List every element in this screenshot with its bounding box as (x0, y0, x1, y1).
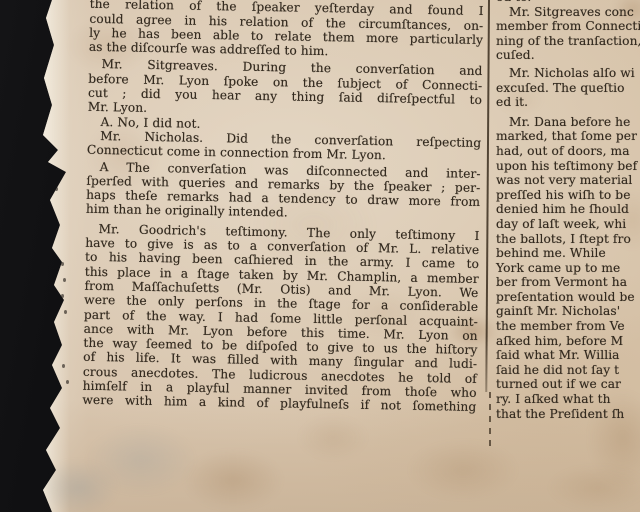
text-line: behind me. While (496, 246, 640, 261)
text-line: preſſed his wiſh to be (496, 188, 640, 203)
text-line: marked, that ſome per (496, 129, 640, 144)
text-line: ry. I aſked what th (496, 392, 640, 407)
binding-hole (62, 364, 65, 368)
binding-hole (63, 278, 66, 282)
stain (298, 415, 368, 460)
text-line: ed it. (496, 95, 640, 110)
text-line: the ballots, I ſtept fro (496, 232, 640, 247)
left-text-column: beginning of thethe relation of the ſpea… (82, 0, 484, 415)
text-line: was not very material (496, 173, 640, 188)
text-line: Mr. Sitgreaves conc (496, 5, 640, 20)
binding-hole (66, 380, 69, 384)
binding-hole (64, 310, 67, 314)
text-line: the member from Ve (496, 319, 640, 334)
text-line: ſaid what Mr. Willia (496, 348, 640, 363)
text-line: ning of the tranſaction, (496, 34, 640, 49)
stain (408, 440, 518, 500)
text-line: turned out if we car (496, 377, 640, 392)
text-line: ſaid he did not ſay t (496, 363, 640, 378)
text-line: aſked him, before M (496, 334, 640, 349)
column-divider-rule-dashed (489, 392, 491, 448)
text-line: excuſed. The queſtio (496, 81, 640, 96)
text-line: Mr. Dana before he (496, 115, 640, 130)
text-line: preſentation would be (496, 290, 640, 305)
text-line: cuſed. (496, 48, 640, 63)
text-line: that the Preſident ſh (496, 407, 640, 422)
text-line: ber from Vermont ha (496, 275, 640, 290)
text-line: York came up to me (496, 261, 640, 276)
stain (183, 450, 283, 510)
text-line: gainſt Mr. Nicholas' (496, 304, 640, 319)
text-line: member from Connectic (496, 19, 640, 34)
right-text-column: ed to.Mr. Sitgreaves concmember from Con… (496, 0, 640, 421)
text-line: upon his teſtimony bef (496, 159, 640, 174)
text-line: had, out of doors, ma (496, 144, 640, 159)
text-line: Mr. Nicholas alſo wi (496, 66, 640, 81)
text-line: denied him he ſhould (496, 202, 640, 217)
stain (548, 465, 640, 510)
text-line: day of laſt week, whi (496, 217, 640, 232)
stain (86, 425, 196, 495)
